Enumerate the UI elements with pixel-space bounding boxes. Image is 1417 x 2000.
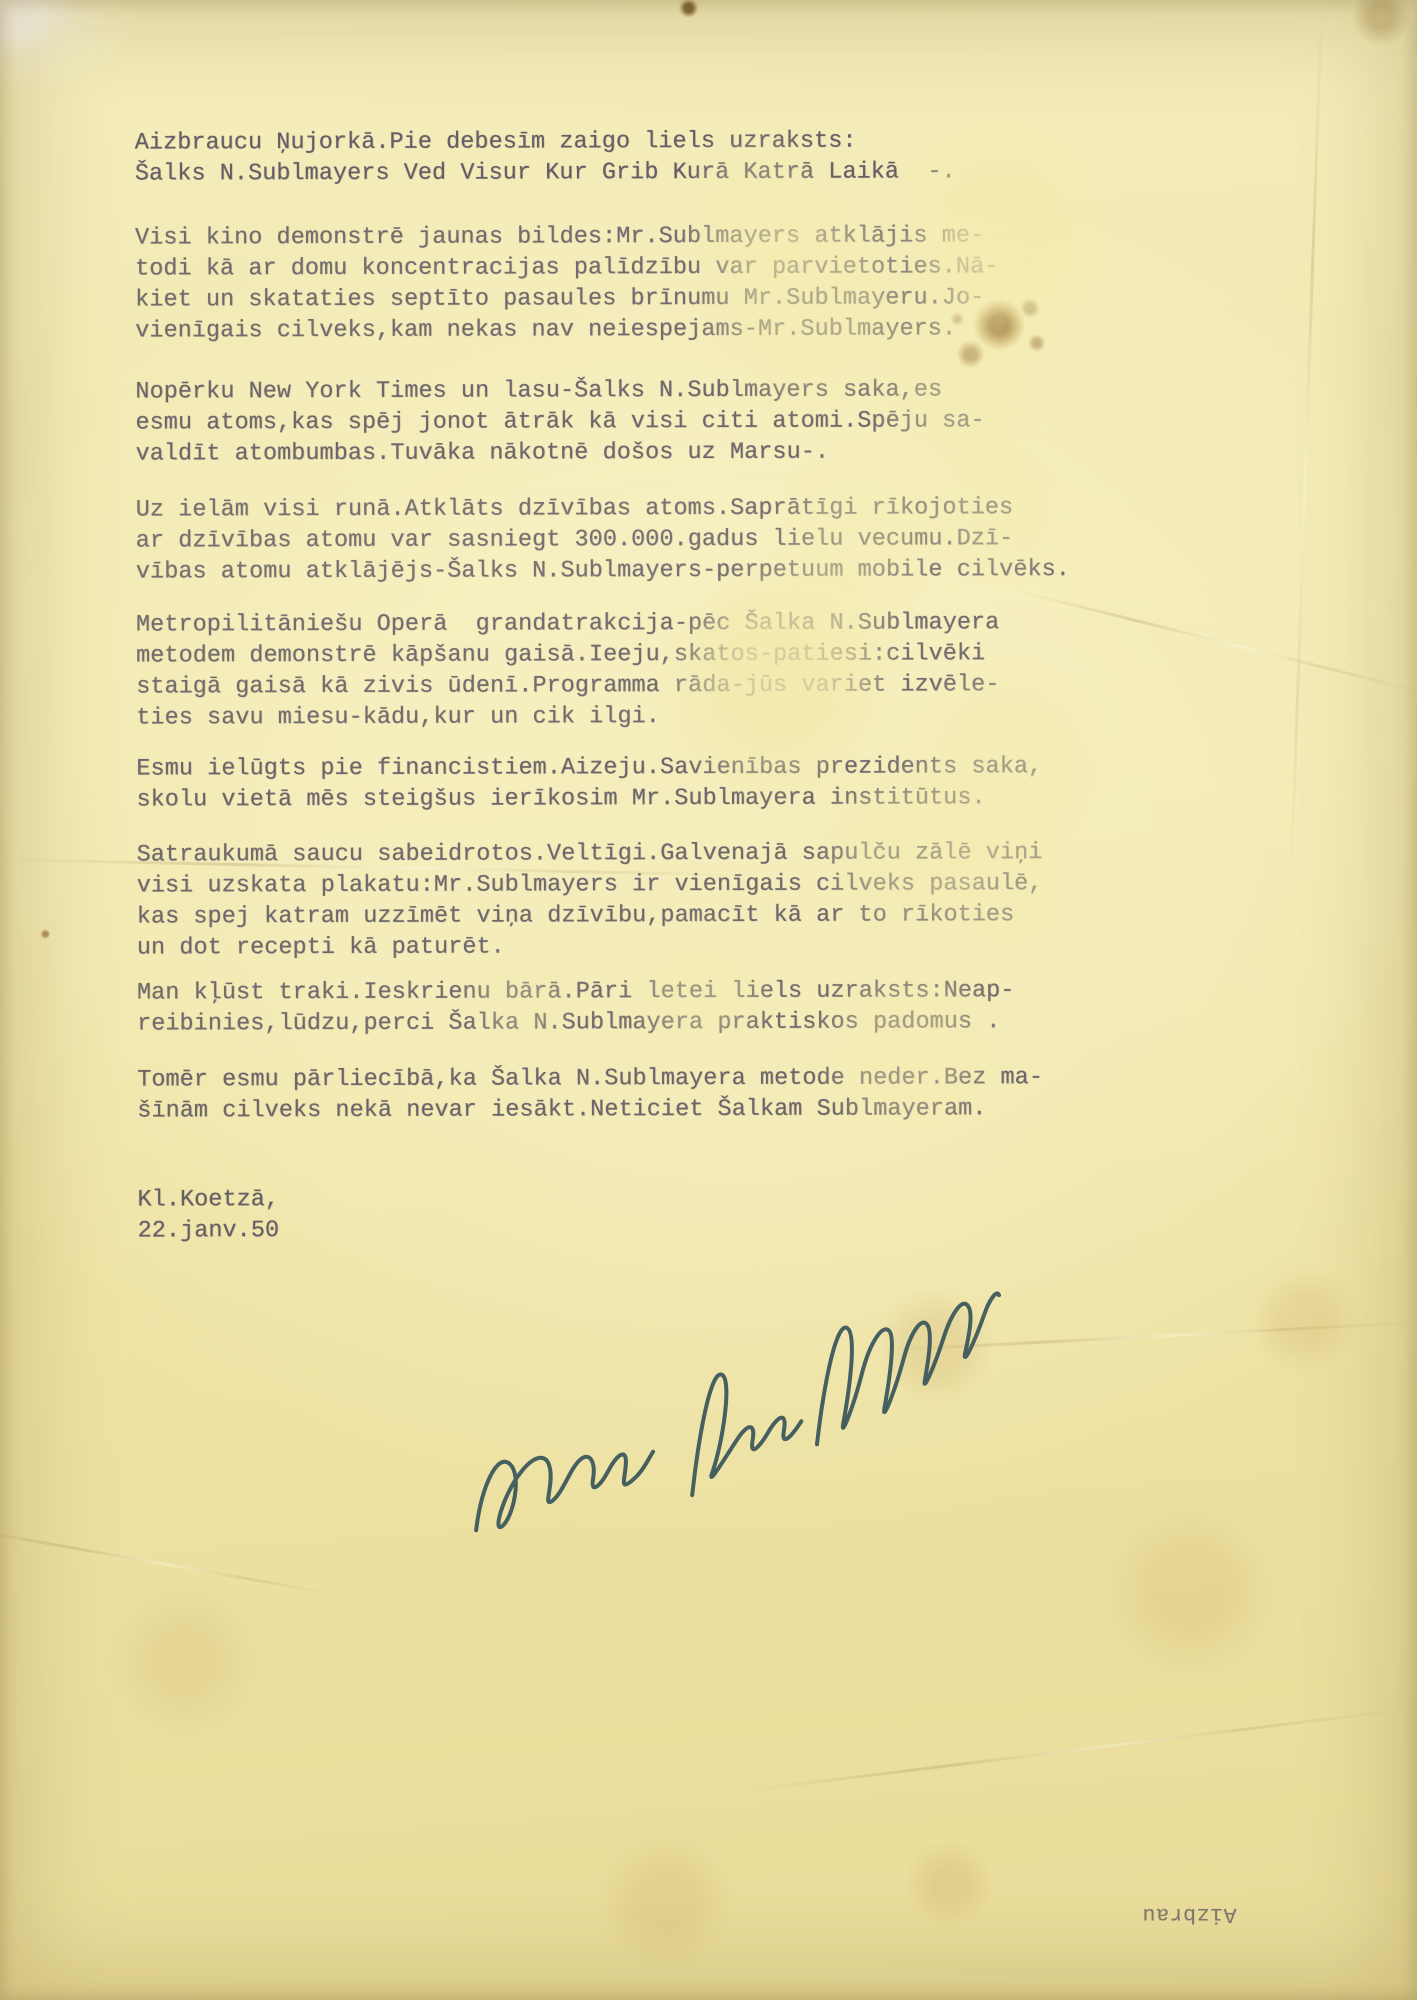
paragraph-8: Man kļūst traki.Ieskrienu bārā.Pāri lete… — [137, 975, 1015, 1039]
signature-stroke-2 — [684, 1369, 806, 1495]
paragraph-9: Tomēr esmu pārliecībā,ka Šalka N.Sublmay… — [137, 1062, 1043, 1126]
handwritten-signature — [442, 1207, 1022, 1545]
mirrored-offset-text: Aizbrau — [1142, 1902, 1237, 1926]
signature-stroke-3 — [807, 1293, 1008, 1444]
paragraph-5: Metropilitāniešu Operā grandatrakcija-pē… — [136, 607, 1000, 733]
paragraph-3: Nopērku New York Times un lasu-Šalks N.S… — [135, 374, 984, 469]
signature-stroke-1 — [471, 1450, 657, 1530]
paragraph-6: Esmu ielūgts pie financistiem.Aizeju.Sav… — [136, 751, 1042, 815]
paragraph-7: Satraukumā saucu sabeidrotos.Veltīgi.Gal… — [137, 837, 1043, 963]
dateline: Kl.Koetzā, 22.janv.50 — [137, 1184, 279, 1246]
paragraph-4: Uz ielām visi runā.Atklāts dzīvības atom… — [136, 492, 1070, 587]
letter-page: Aizbraucu Ņujorkā.Pie debesīm zaigo liel… — [0, 0, 1417, 2000]
letter-body: Aizbraucu Ņujorkā.Pie debesīm zaigo liel… — [0, 0, 1417, 2000]
paragraph-2: Visi kino demonstrē jaunas bildes:Mr.Sub… — [135, 220, 999, 346]
paragraph-1: Aizbraucu Ņujorkā.Pie debesīm zaigo liel… — [135, 125, 956, 189]
